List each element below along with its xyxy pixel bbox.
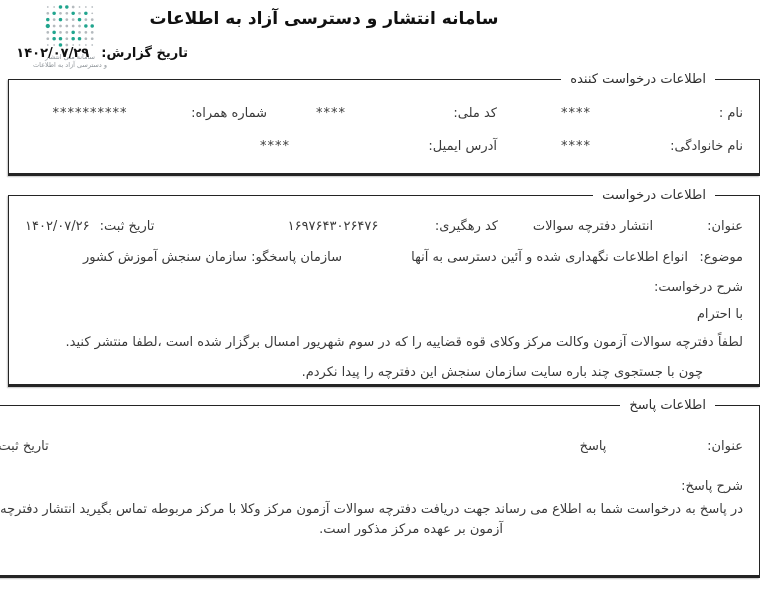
request-title-row: عنوان: انتشار دفترچه سوالات کد رهگیری: ۱… [25, 211, 743, 242]
name-value: **** [497, 106, 655, 121]
email-label: آدرس ایمیل: [395, 139, 497, 154]
request-register-date-value: ۱۴۰۲/۰۷/۲۶ [25, 219, 90, 234]
response-register-date-label: تاریخ ثبت: [0, 439, 49, 454]
report-date-value: ۱۴۰۲/۰۷/۲۹ [16, 46, 89, 61]
email-value: **** [155, 139, 395, 154]
section-requester-title: اطلاعات درخواست کننده [561, 72, 715, 87]
header: سامانه ملی انتشار و دسترسی آزاد به اطلاع… [0, 0, 768, 70]
tracking-code-label: کد رهگیری: [403, 219, 498, 234]
response-title-value: پاسخ [498, 439, 688, 454]
section-request-info: اطلاعات درخواست عنوان: انتشار دفترچه سوا… [8, 188, 760, 387]
family-name-value: **** [497, 139, 655, 154]
subject-label: موضوع: [688, 250, 743, 265]
request-subject-row: موضوع: انواع اطلاعات نگهداری شده و آئین … [25, 242, 743, 273]
response-description-line: در پاسخ به درخواست شما به اطلاع می رساند… [0, 500, 743, 520]
request-register-date-label: تاریخ ثبت: [100, 219, 155, 234]
report-date: تاریخ گزارش: ۱۴۰۲/۰۷/۲۹ [16, 46, 188, 61]
request-description-line: لطفاً دفترچه سوالات آزمون وکالت مرکز وکل… [25, 333, 743, 353]
requester-row-2: نام خانوادگی: **** آدرس ایمیل: **** [25, 130, 743, 163]
request-register-date: تاریخ ثبت: ۱۴۰۲/۰۷/۲۶ [25, 219, 263, 234]
section-requester-info: اطلاعات درخواست کننده نام : **** کد ملی:… [8, 72, 760, 176]
request-description-label: شرح درخواست: [25, 273, 743, 301]
page-title: سامانه انتشار و دسترسی آزاد به اطلاعات [0, 9, 648, 29]
response-title-label: عنوان: [688, 439, 743, 454]
tracking-code-value: ۱۶۹۷۶۴۳۰۲۶۴۷۶ [263, 219, 403, 234]
request-description-line: چون با جستجوی چند باره سایت سازمان سنجش … [25, 363, 703, 383]
mobile-value: ********** [25, 106, 155, 121]
requester-row-1: نام : **** کد ملی: **** شماره همراه: ***… [25, 97, 743, 130]
request-greeting: با احترام [25, 301, 743, 327]
name-label: نام : [655, 106, 743, 121]
logo-caption-line2: و دسترسی آزاد به اطلاعات [22, 61, 118, 69]
report-page: سامانه ملی انتشار و دسترسی آزاد به اطلاع… [0, 0, 768, 594]
subject-value: انواع اطلاعات نگهداری شده و آئین دسترسی … [376, 250, 688, 265]
national-code-value: **** [267, 106, 395, 121]
responder-organization: سازمان پاسخگو: سازمان سنجش آموزش کشور [25, 250, 376, 265]
report-date-label: تاریخ گزارش: [101, 46, 188, 61]
response-description-label: شرح پاسخ: [0, 472, 743, 500]
response-title-row: عنوان: پاسخ تاریخ ثبت: ۱۴۰۲/۰۷/۲۹ [0, 431, 743, 462]
response-register-date: تاریخ ثبت: ۱۴۰۲/۰۷/۲۹ [0, 439, 498, 454]
response-description-line: آزمون بر عهده مرکز مذکور است. [0, 520, 503, 540]
section-response-info: اطلاعات پاسخ عنوان: پاسخ تاریخ ثبت: ۱۴۰۲… [0, 398, 760, 578]
section-request-title: اطلاعات درخواست [593, 188, 715, 203]
family-name-label: نام خانوادگی: [655, 139, 743, 154]
request-title-label: عنوان: [688, 219, 743, 234]
section-response-title: اطلاعات پاسخ [620, 398, 715, 413]
request-title-value: انتشار دفترچه سوالات [498, 219, 688, 234]
mobile-label: شماره همراه: [155, 106, 267, 121]
national-code-label: کد ملی: [395, 106, 497, 121]
